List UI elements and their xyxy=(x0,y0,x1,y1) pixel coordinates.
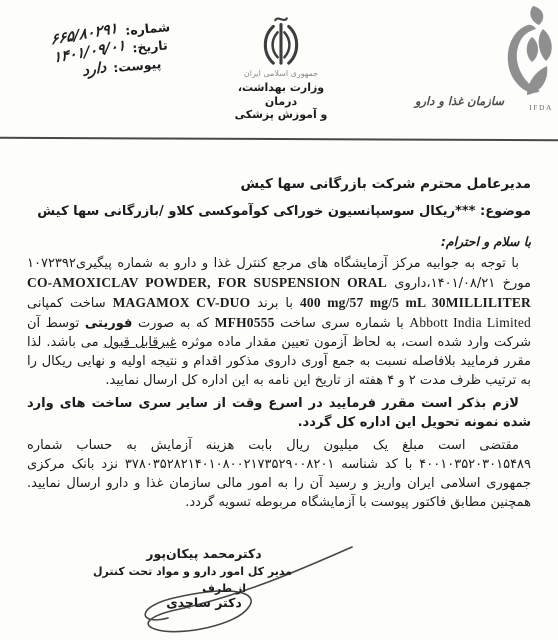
subject-text: ***ریکال سوسپانسیون خوراکی کوآموکسی کلاو… xyxy=(37,204,475,219)
ifda-header: سازمان غذا و دارو IFDA xyxy=(388,2,558,122)
attachment-label: پیوست: xyxy=(113,56,162,75)
salutation: با سلام و احترام: xyxy=(27,234,531,249)
iran-emblem-icon xyxy=(259,14,303,66)
number-label: شماره: xyxy=(125,19,171,38)
letter-body: مدیرعامل محترم شرکت بازرگانی سها کیش موض… xyxy=(27,176,531,516)
date-label: تاریخ: xyxy=(132,37,168,55)
ifda-acronym: IFDA xyxy=(529,103,553,112)
paragraph: مقتضی است مبلغ یک میلیون ریال بابت هزینه… xyxy=(27,436,531,512)
recipient: مدیرعامل محترم شرکت بازرگانی سها کیش xyxy=(27,176,531,192)
paragraphs: با توجه به جوابیه مرکز آزمایشگاه های مرج… xyxy=(27,254,531,512)
paragraph: با توجه به جوابیه مرکز آزمایشگاه های مرج… xyxy=(27,254,531,390)
ifda-org-name: سازمان غذا و دارو xyxy=(415,94,504,108)
letter-meta: شماره: ۶۶۵/۸۰۲۹۱ تاریخ: ۱۴۰۱/۰۹/۰۱ پیوست… xyxy=(10,19,174,87)
ministry-line2: و آموزش پزشکی xyxy=(222,108,340,122)
on-behalf-label: از طرف xyxy=(116,582,292,595)
paragraph: لازم بذکر است مقرر فرمایید در اسرع وقت ا… xyxy=(27,394,531,432)
ministry-header: جمهوری اسلامی ایران وزارت بهداشت، درمان … xyxy=(222,14,340,122)
attachment-value: دارد xyxy=(82,60,106,80)
header-divider xyxy=(0,137,558,141)
country-name: جمهوری اسلامی ایران xyxy=(222,69,340,78)
subject-line: موضوع: ***ریکال سوسپانسیون خوراکی کوآموک… xyxy=(27,204,531,219)
signer-name: دکتر ساجدی xyxy=(116,595,292,610)
signatory-name: دکترمحمد پیکان‌پور xyxy=(116,546,292,561)
subject-label: موضوع: xyxy=(480,204,531,219)
signature-block: دکترمحمد پیکان‌پور مدیر کل امور دارو و م… xyxy=(116,546,292,610)
ifda-logo-icon xyxy=(502,4,556,104)
ministry-line1: وزارت بهداشت، درمان xyxy=(222,81,340,108)
signatory-title: مدیر کل امور دارو و مواد تحت کنترل xyxy=(116,565,292,578)
scanned-letter: شماره: ۶۶۵/۸۰۲۹۱ تاریخ: ۱۴۰۱/۰۹/۰۱ پیوست… xyxy=(0,0,558,640)
